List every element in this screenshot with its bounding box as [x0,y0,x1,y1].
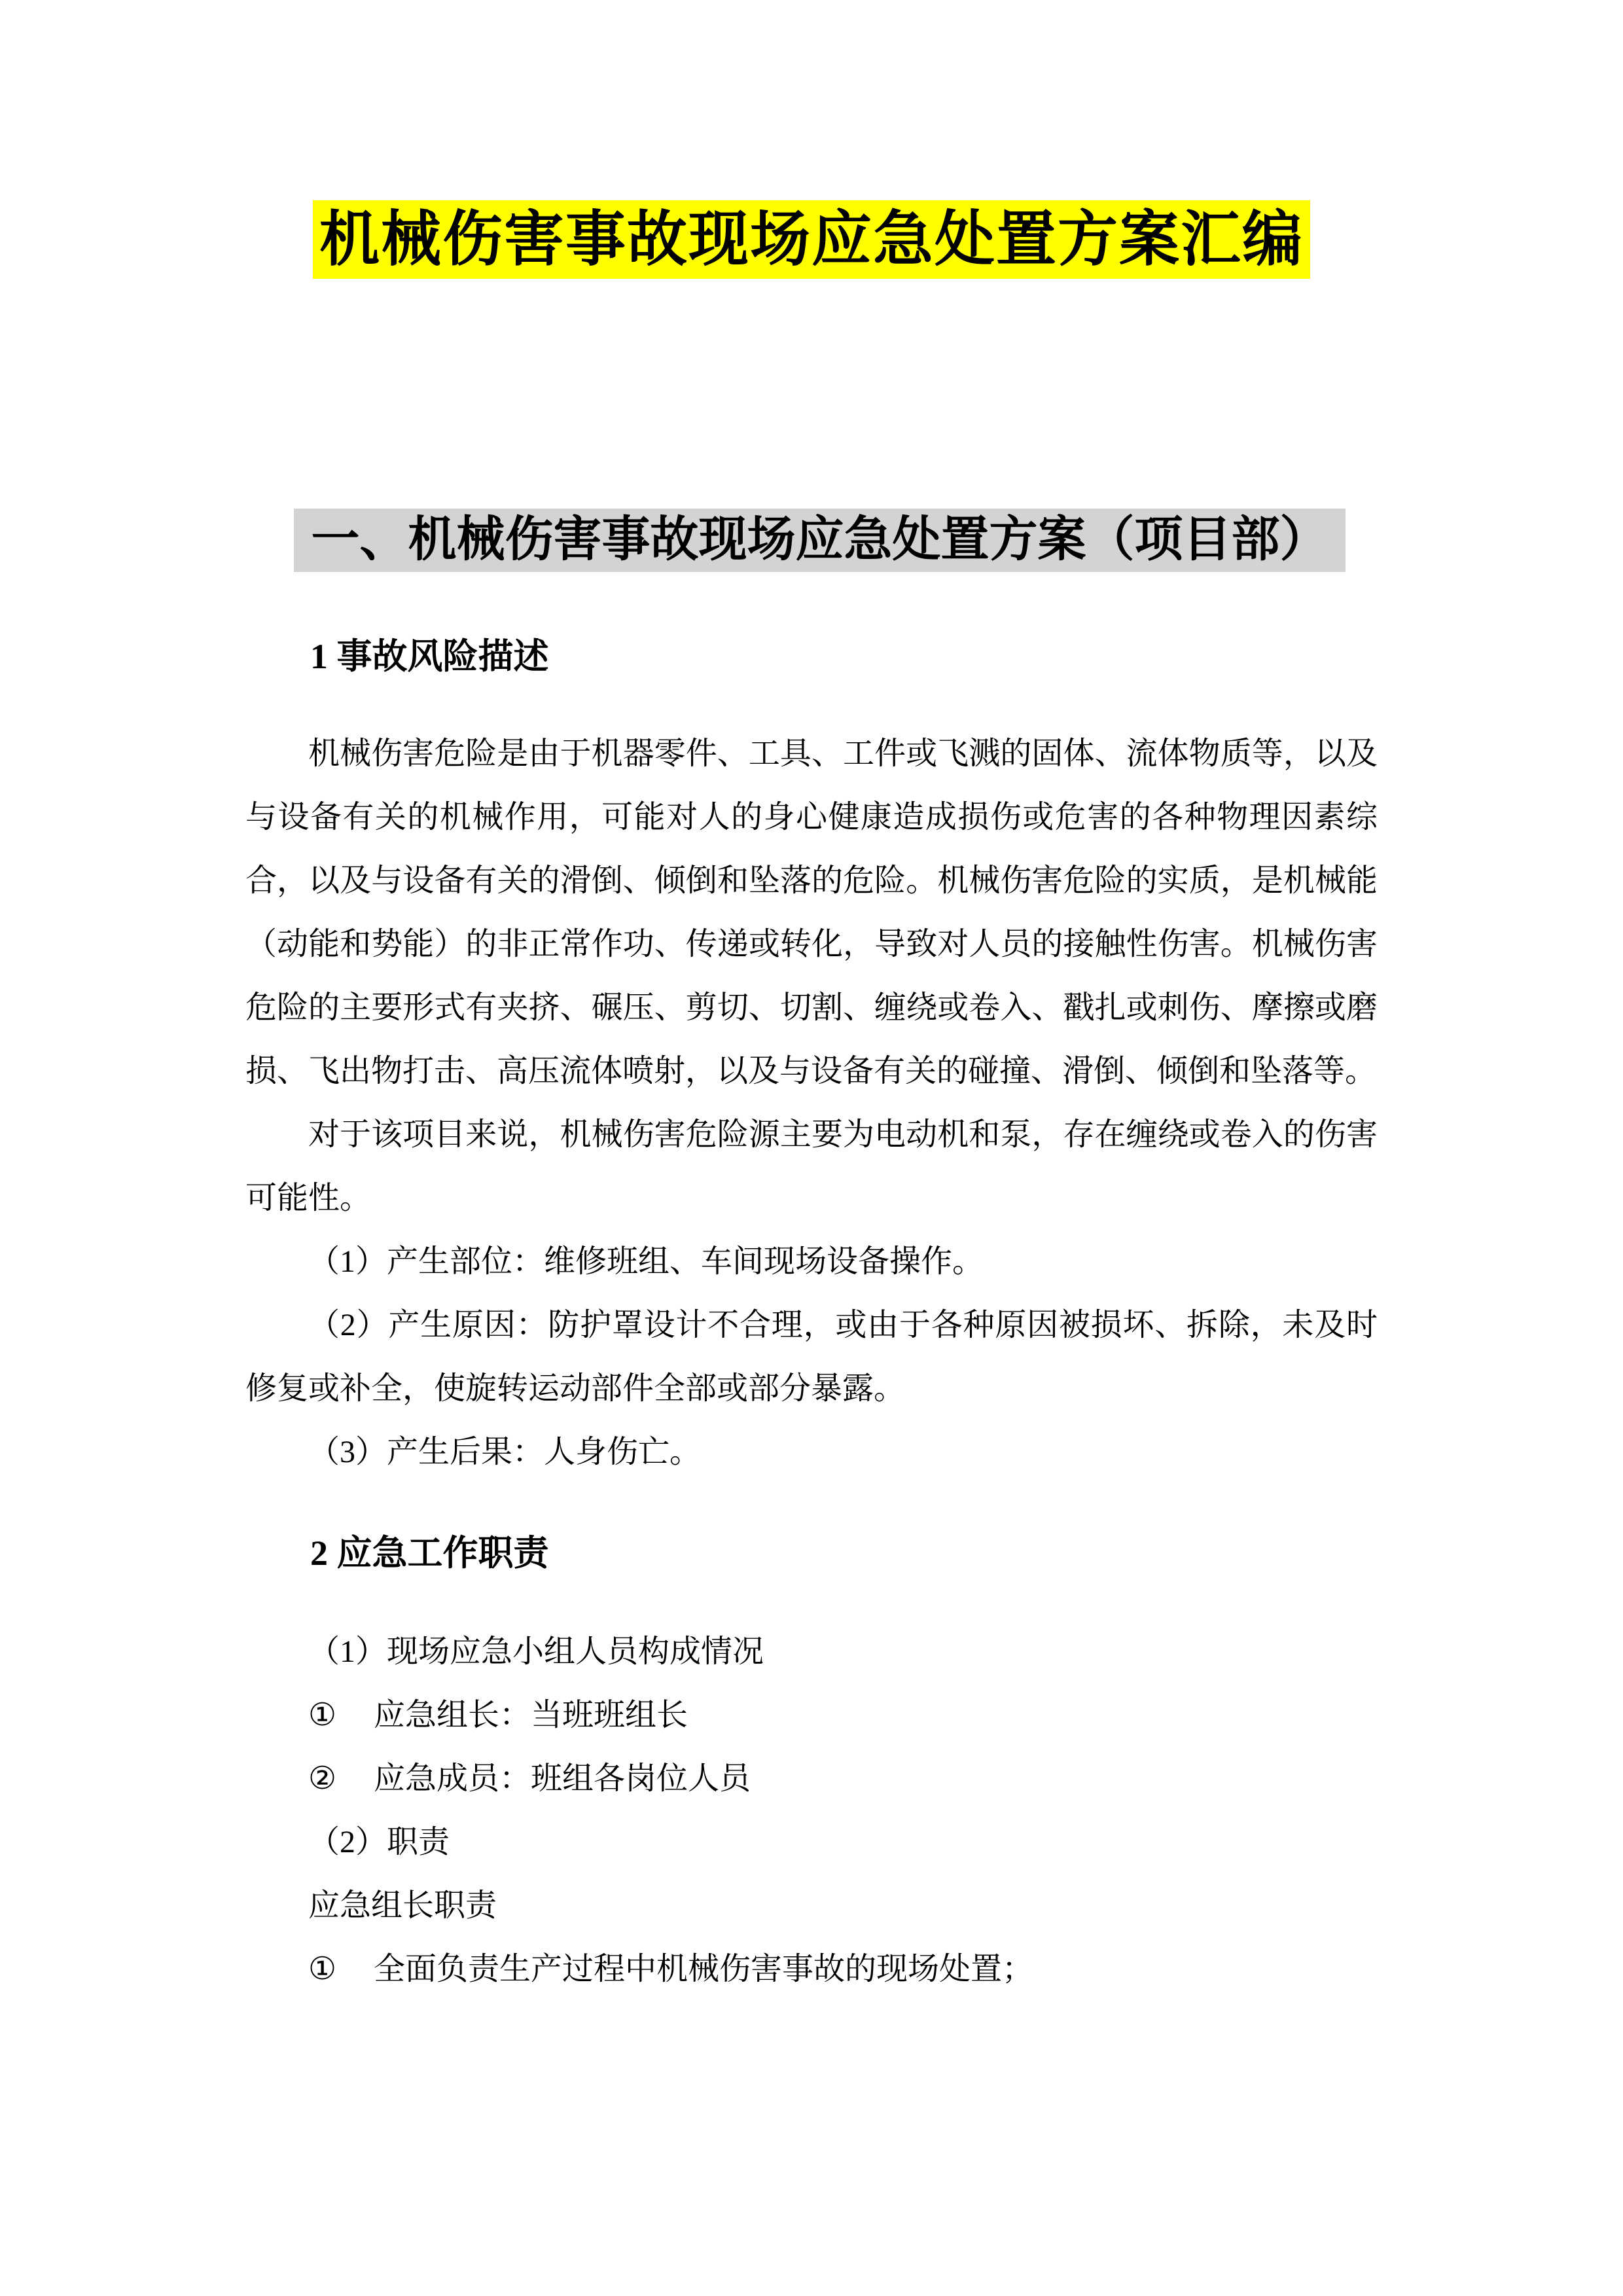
item-risk-consequence: （3）产生后果：人身伤亡。 [245,1420,1378,1484]
paragraph-risk-overview: 机械伤害危险是由于机器零件、工具、工件或飞溅的固体、流体物质等，以及与设备有关的… [245,722,1378,1103]
item-risk-location: （1）产生部位：维修班组、车间现场设备操作。 [245,1230,1378,1293]
doc-title: 机械伤害事故现场应急处置方案汇编 [313,200,1310,279]
section-heading: 一、机械伤害事故现场应急处置方案（项目部） [294,509,1346,572]
list-item-text: 应急组长：当班班组长 [374,1698,688,1732]
line-leader-duties-title: 应急组长职责 [245,1874,1378,1937]
list-item-emergency-members: ②应急成员：班组各岗位人员 [245,1747,1378,1810]
document-page: 机械伤害事故现场应急处置方案汇编 一、机械伤害事故现场应急处置方案（项目部） 1… [0,0,1623,2296]
item-duties-heading: （2）职责 [245,1810,1378,1874]
list-marker: ② [308,1761,336,1796]
list-marker: ① [308,1952,336,1986]
list-marker: ① [308,1698,336,1732]
list-item-text: 应急成员：班组各岗位人员 [374,1761,751,1796]
list-item-text: 全面负责生产过程中机械伤害事故的现场处置； [374,1952,1033,1986]
list-item-leader-duty-1: ①全面负责生产过程中机械伤害事故的现场处置； [245,1937,1378,2001]
item-team-composition: （1）现场应急小组人员构成情况 [245,1620,1378,1683]
paragraph-risk-project: 对于该项目来说，机械伤害危险源主要为电动机和泵，存在缠绕或卷入的伤害可能性。 [245,1103,1378,1230]
subheading-emergency-duties: 2 应急工作职责 [310,1522,1623,1585]
doc-title-line: 机械伤害事故现场应急处置方案汇编 [0,200,1623,279]
item-risk-cause: （2）产生原因：防护罩设计不合理，或由于各种原因被损坏、拆除，未及时修复或补全，… [245,1293,1378,1420]
list-item-emergency-leader: ①应急组长：当班班组长 [245,1683,1378,1747]
subheading-risk-description: 1 事故风险描述 [310,625,1623,689]
